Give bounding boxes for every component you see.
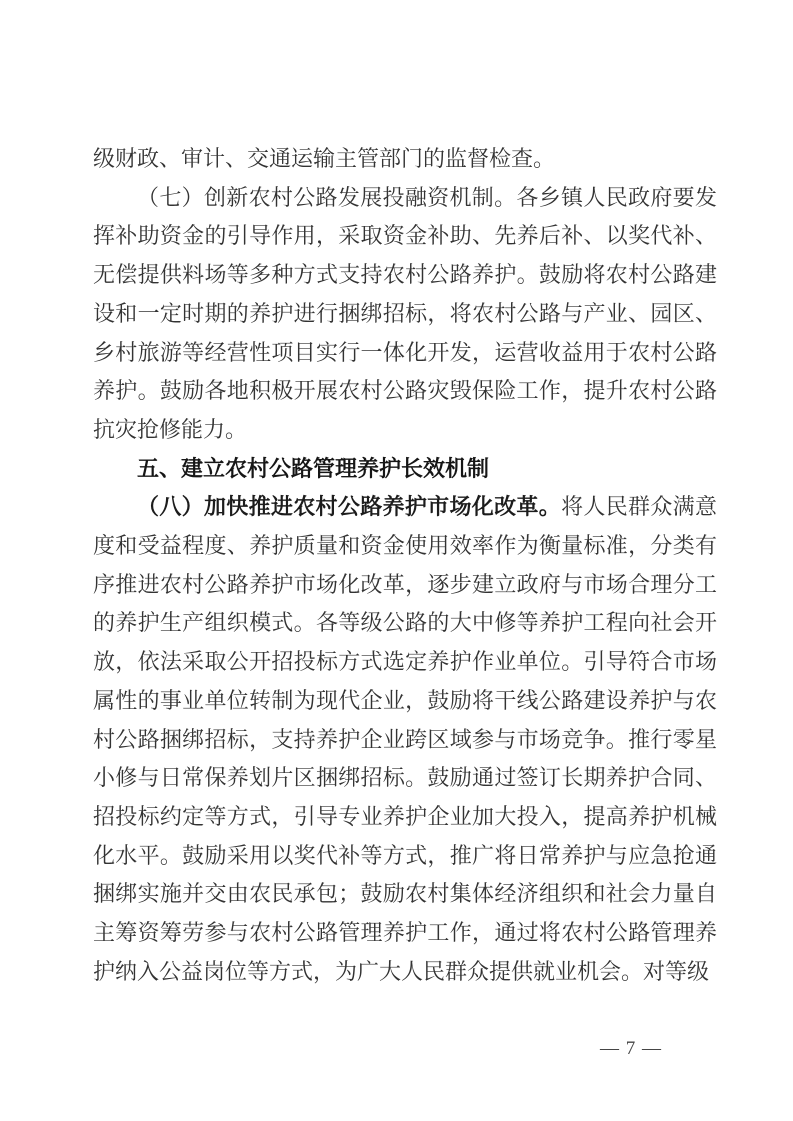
item-7-lead: （七）创新农村公路发展投融资机制。 [137, 185, 516, 210]
paragraph-item-8: （八）加快推进农村公路养护市场化改革。将人民群众满意度和受益程度、养护质量和资金… [93, 488, 717, 991]
item-8-lead: （八）加快推进农村公路养护市场化改革。 [137, 494, 561, 519]
paragraph-continuation: 级财政、审计、交通运输主管部门的监督检查。 [93, 140, 717, 179]
item-7-body: 各乡镇人民政府要发挥补助资金的引导作用，采取资金补助、先养后补、以奖代补、无偿提… [93, 185, 717, 442]
document-page: 级财政、审计、交通运输主管部门的监督检查。 （七）创新农村公路发展投融资机制。各… [0, 0, 793, 1121]
section-5-heading: 五、建立农村公路管理养护长效机制 [93, 450, 717, 489]
item-8-body: 将人民群众满意度和受益程度、养护质量和资金使用效率作为衡量标准，分类有序推进农村… [93, 494, 717, 983]
paragraph-item-7: （七）创新农村公路发展投融资机制。各乡镇人民政府要发挥补助资金的引导作用，采取资… [93, 179, 717, 450]
document-body: 级财政、审计、交通运输主管部门的监督检查。 （七）创新农村公路发展投融资机制。各… [93, 140, 717, 991]
page-number: — 7 — [600, 1038, 662, 1060]
